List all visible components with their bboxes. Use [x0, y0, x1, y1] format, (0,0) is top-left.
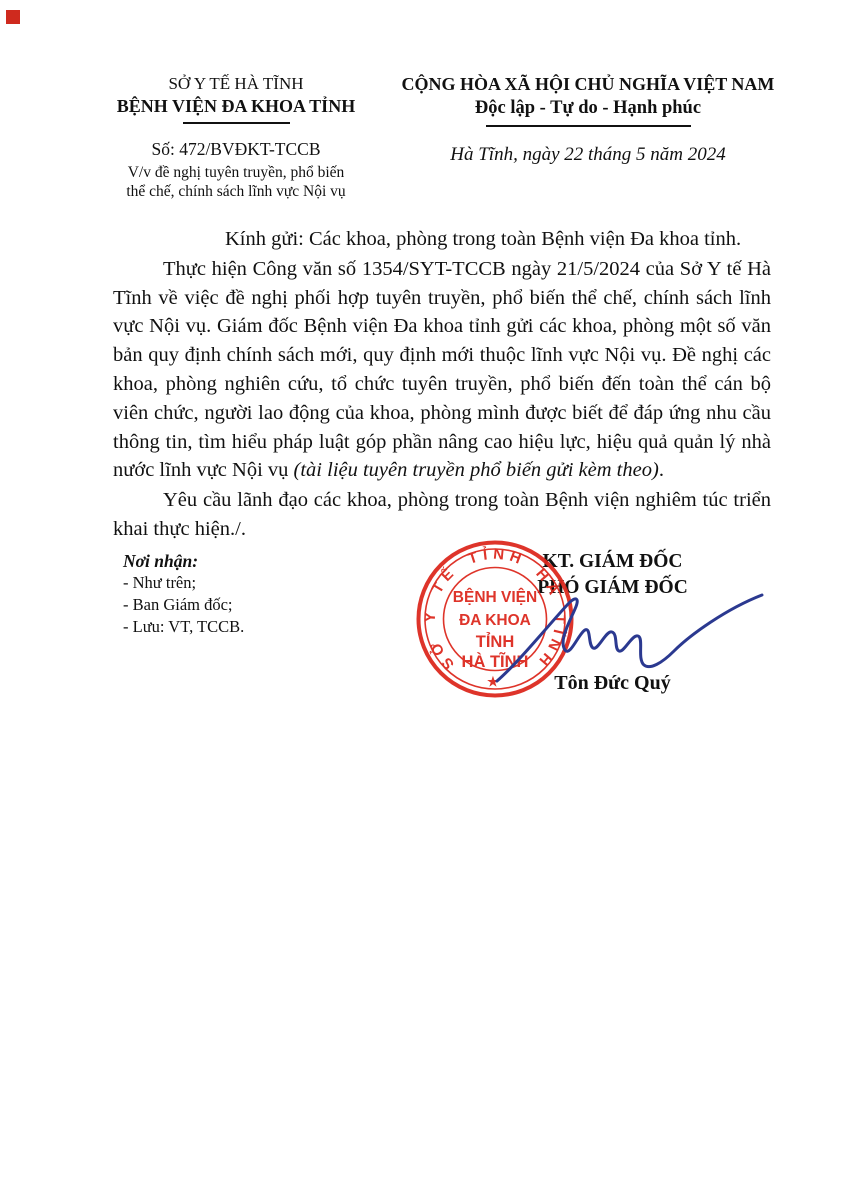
- place-date: Hà Tĩnh, ngày 22 tháng 5 năm 2024: [383, 144, 793, 166]
- signature-scribble: [497, 595, 762, 681]
- doc-number: Số: 472/BVĐKT-TCCB: [96, 139, 376, 160]
- motto-underline: [486, 125, 691, 127]
- national-motto-line2: Độc lập - Tự do - Hạnh phúc: [383, 98, 793, 120]
- issuing-org-block: SỞ Y TẾ HÀ TĨNH BỆNH VIỆN ĐA KHOA TỈNH S…: [96, 74, 376, 201]
- body-paragraph-1-italic: (tài liệu tuyên truyền phổ biến gửi kèm …: [294, 459, 659, 481]
- recipient-item: - Ban Giám đốc;: [123, 594, 244, 616]
- document-body: Kính gửi: Các khoa, phòng trong toàn Bện…: [113, 225, 771, 544]
- body-paragraph-1-tail: .: [659, 459, 664, 481]
- recipient-item: - Như trên;: [123, 572, 244, 594]
- national-motto-line1: CỘNG HÒA XÃ HỘI CHỦ NGHĨA VIỆT NAM: [383, 74, 793, 95]
- document-page: SỞ Y TẾ HÀ TĨNH BỆNH VIỆN ĐA KHOA TỈNH S…: [0, 0, 848, 1200]
- issuing-org-parent: SỞ Y TẾ HÀ TĨNH: [96, 74, 376, 94]
- national-header-block: CỘNG HÒA XÃ HỘI CHỦ NGHĨA VIỆT NAM Độc l…: [383, 74, 793, 166]
- recipient-item: - Lưu: VT, TCCB.: [123, 616, 244, 638]
- recipients-label: Nơi nhận:: [123, 550, 244, 572]
- body-paragraph-1: Thực hiện Công văn số 1354/SYT-TCCB ngày…: [113, 255, 771, 485]
- signer-name: Tôn Đức Quý: [495, 672, 730, 695]
- issuing-org-name: BỆNH VIỆN ĐA KHOA TỈNH: [96, 96, 376, 117]
- doc-subject-line1: V/v đề nghị tuyên truyền, phổ biến: [96, 163, 376, 182]
- recipients-block: Nơi nhận: - Như trên; - Ban Giám đốc; - …: [123, 550, 244, 638]
- doc-subject-line2: thể chế, chính sách lĩnh vực Nội vụ: [96, 182, 376, 201]
- salutation: Kính gửi: Các khoa, phòng trong toàn Bện…: [113, 225, 771, 254]
- body-paragraph-1-main: Thực hiện Công văn số 1354/SYT-TCCB ngày…: [113, 258, 771, 482]
- org-underline: [183, 122, 290, 124]
- corner-mark: [6, 10, 20, 24]
